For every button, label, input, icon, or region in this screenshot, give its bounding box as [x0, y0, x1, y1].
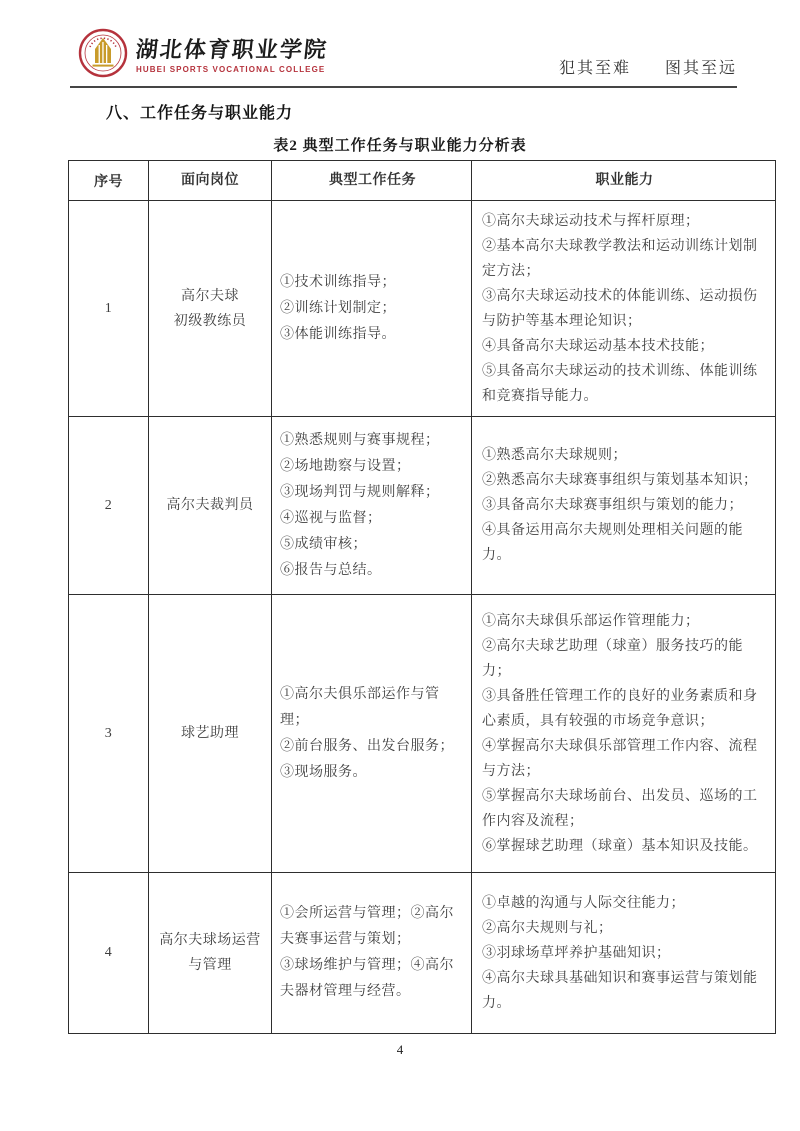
college-emblem-icon [78, 28, 128, 78]
college-logo: 湖北体育职业学院 HUBEI SPORTS VOCATIONAL COLLEGE [78, 28, 328, 78]
cell-position: 高尔夫球 初级教练员 [149, 201, 272, 417]
position-line: 高尔夫裁判员 [150, 493, 270, 518]
cell-abilities: ①高尔夫球俱乐部运作管理能力； ②高尔夫球艺助理（球童）服务技巧的能力； ③具备… [472, 595, 776, 873]
task-item: ①高尔夫俱乐部运作与管理； [280, 682, 465, 734]
task-item: ②场地勘察与设置； [280, 454, 465, 480]
table-row: 1 高尔夫球 初级教练员 ①技术训练指导； ②训练计划制定； ③体能训练指导。 … [69, 201, 776, 417]
header-motto: 犯其至难 图其至远 [559, 55, 737, 78]
motto-right: 图其至远 [665, 55, 737, 78]
task-item: ③体能训练指导。 [280, 322, 465, 348]
header-divider [70, 86, 737, 88]
position-line: 球艺助理 [150, 721, 270, 746]
cell-no: 2 [69, 417, 149, 595]
cell-abilities: ①高尔夫球运动技术与挥杆原理； ②基本高尔夫球教学教法和运动训练计划制定方法； … [472, 201, 776, 417]
cell-position: 高尔夫裁判员 [149, 417, 272, 595]
section-heading: 八、工作任务与职业能力 [106, 100, 293, 123]
task-item: ①会所运营与管理；②高尔夫赛事运营与策划； [280, 901, 465, 953]
task-item: ②训练计划制定； [280, 296, 465, 322]
task-item: ②前台服务、出发台服务； [280, 734, 465, 760]
position-line: 初级教练员 [150, 309, 270, 334]
ability-item: ③具备胜任管理工作的良好的业务素质和身心素质，具有较强的市场竞争意识； [482, 684, 767, 734]
task-item: ①熟悉规则与赛事规程； [280, 428, 465, 454]
task-ability-table: 序号 面向岗位 典型工作任务 职业能力 1 高尔夫球 初级教练员 ①技术训练指导… [68, 160, 776, 1034]
ability-item: ③具备高尔夫球赛事组织与策划的能力； [482, 493, 767, 518]
task-item: ①技术训练指导； [280, 270, 465, 296]
ability-item: ①高尔夫球运动技术与挥杆原理； [482, 209, 767, 234]
ability-item: ①熟悉高尔夫球规则； [482, 443, 767, 468]
task-item: ③球场维护与管理；④高尔夫器材管理与经营。 [280, 953, 465, 1005]
ability-item: ④掌握高尔夫球俱乐部管理工作内容、流程与方法； [482, 734, 767, 784]
ability-item: ②高尔夫球艺助理（球童）服务技巧的能力； [482, 634, 767, 684]
ability-item: ④具备高尔夫球运动基本技术技能； [482, 334, 767, 359]
ability-item: ③羽球场草坪养护基础知识； [482, 941, 767, 966]
col-header-position: 面向岗位 [149, 161, 272, 201]
table-caption: 表2 典型工作任务与职业能力分析表 [0, 134, 800, 155]
cell-no: 3 [69, 595, 149, 873]
document-page: 湖北体育职业学院 HUBEI SPORTS VOCATIONAL COLLEGE… [0, 0, 800, 1131]
ability-item: ①高尔夫球俱乐部运作管理能力； [482, 609, 767, 634]
task-item: ⑤成绩审核； [280, 532, 465, 558]
cell-no: 1 [69, 201, 149, 417]
ability-item: ②熟悉高尔夫球赛事组织与策划基本知识； [482, 468, 767, 493]
motto-left: 犯其至难 [559, 55, 631, 78]
cell-tasks: ①技术训练指导； ②训练计划制定； ③体能训练指导。 [272, 201, 472, 417]
col-header-tasks: 典型工作任务 [272, 161, 472, 201]
task-item: ③现场判罚与规则解释； [280, 480, 465, 506]
page-number: 4 [0, 1042, 800, 1058]
logo-text: 湖北体育职业学院 HUBEI SPORTS VOCATIONAL COLLEGE [136, 33, 328, 74]
cell-tasks: ①高尔夫俱乐部运作与管理； ②前台服务、出发台服务； ③现场服务。 [272, 595, 472, 873]
col-header-no: 序号 [69, 161, 149, 201]
table-row: 2 高尔夫裁判员 ①熟悉规则与赛事规程； ②场地勘察与设置； ③现场判罚与规则解… [69, 417, 776, 595]
ability-item: ⑥掌握球艺助理（球童）基本知识及技能。 [482, 834, 767, 859]
ability-item: ②基本高尔夫球教学教法和运动训练计划制定方法； [482, 234, 767, 284]
cell-no: 4 [69, 873, 149, 1034]
cell-position: 球艺助理 [149, 595, 272, 873]
cell-position: 高尔夫球场运营 与管理 [149, 873, 272, 1034]
cell-abilities: ①卓越的沟通与人际交往能力； ②高尔夫规则与礼； ③羽球场草坪养护基础知识； ④… [472, 873, 776, 1034]
cell-tasks: ①熟悉规则与赛事规程； ②场地勘察与设置； ③现场判罚与规则解释； ④巡视与监督… [272, 417, 472, 595]
page-header: 湖北体育职业学院 HUBEI SPORTS VOCATIONAL COLLEGE… [70, 26, 737, 84]
position-line: 高尔夫球场运营 [150, 928, 270, 953]
task-item: ③现场服务。 [280, 760, 465, 786]
cell-tasks: ①会所运营与管理；②高尔夫赛事运营与策划； ③球场维护与管理；④高尔夫器材管理与… [272, 873, 472, 1034]
col-header-abilities: 职业能力 [472, 161, 776, 201]
position-line: 高尔夫球 [150, 284, 270, 309]
ability-item: ④具备运用高尔夫规则处理相关问题的能力。 [482, 518, 767, 568]
cell-abilities: ①熟悉高尔夫球规则； ②熟悉高尔夫球赛事组织与策划基本知识； ③具备高尔夫球赛事… [472, 417, 776, 595]
position-line: 与管理 [150, 953, 270, 978]
ability-item: ③高尔夫球运动技术的体能训练、运动损伤与防护等基本理论知识； [482, 284, 767, 334]
ability-item: ①卓越的沟通与人际交往能力； [482, 891, 767, 916]
ability-item: ④高尔夫球具基础知识和赛事运营与策划能力。 [482, 966, 767, 1016]
table-row: 3 球艺助理 ①高尔夫俱乐部运作与管理； ②前台服务、出发台服务； ③现场服务。… [69, 595, 776, 873]
college-name-en: HUBEI SPORTS VOCATIONAL COLLEGE [136, 65, 328, 74]
task-item: ④巡视与监督； [280, 506, 465, 532]
ability-item: ⑤具备高尔夫球运动的技术训练、体能训练和竞赛指导能力。 [482, 359, 767, 409]
task-item: ⑥报告与总结。 [280, 558, 465, 584]
college-name-zh: 湖北体育职业学院 [134, 33, 329, 64]
ability-item: ②高尔夫规则与礼； [482, 916, 767, 941]
table-header-row: 序号 面向岗位 典型工作任务 职业能力 [69, 161, 776, 201]
table-row: 4 高尔夫球场运营 与管理 ①会所运营与管理；②高尔夫赛事运营与策划； ③球场维… [69, 873, 776, 1034]
ability-item: ⑤掌握高尔夫球场前台、出发员、巡场的工作内容及流程； [482, 784, 767, 834]
